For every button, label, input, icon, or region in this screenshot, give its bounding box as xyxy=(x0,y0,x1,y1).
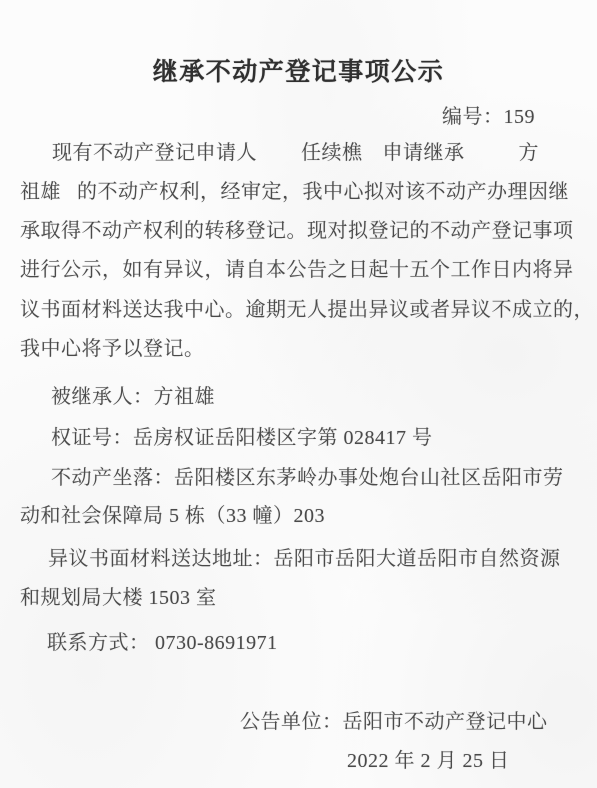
paragraph-line-3: 承取得不动产权利的转移登记。现对拟登记的不动产登记事项 xyxy=(20,214,574,243)
paragraph-line-1: 现有不动产登记申请人任续樵申请继承方 xyxy=(52,136,539,165)
field-decedent: 被继承人：方祖雄 xyxy=(51,380,215,409)
field-property-location-line2: 动和社会保障局 5 栋（33 幢）203 xyxy=(20,499,325,528)
paragraph-line-4: 进行公示，如有异议，请自本公告之日起十五个工作日内将异 xyxy=(20,253,574,282)
field-certificate-number: 权证号：岳房权证岳阳楼区字第 028417 号 xyxy=(51,421,433,450)
doc-number: 编号：159 xyxy=(442,100,535,129)
field-objection-address-line2: 和规划局大楼 1503 室 xyxy=(20,581,217,610)
footer-date: 2022 年 2 月 25 日 xyxy=(347,744,510,773)
paragraph-line-1-prefix: 现有不动产登记申请人 xyxy=(52,142,257,164)
decedent-name-start: 方 xyxy=(519,142,540,164)
field-contact: 联系方式： 0730-8691971 xyxy=(47,626,278,655)
paragraph-line-1-middle: 申请继承 xyxy=(383,142,465,164)
footer-issuer: 公告单位：岳阳市不动产登记中心 xyxy=(240,705,548,734)
page-title: 继承不动产登记事项公示 xyxy=(0,52,597,88)
field-objection-address-line1: 异议书面材料送达地址：岳阳市岳阳大道岳阳市自然资源 xyxy=(48,542,561,571)
paragraph-line-2: 祖雄的不动产权利，经审定，我中心拟对该不动产办理因继 xyxy=(20,175,569,204)
paragraph-line-2-rest: 的不动产权利，经审定，我中心拟对该不动产办理因继 xyxy=(77,181,569,203)
applicant-name: 任续樵 xyxy=(301,142,363,164)
decedent-name-end: 祖雄 xyxy=(20,181,61,203)
paragraph-line-5: 议书面材料送达我中心。逾期无人提出异议或者异议不成立的， xyxy=(20,293,594,322)
paragraph-line-6: 我中心将予以登记。 xyxy=(20,332,205,361)
field-property-location-line1: 不动产坐落：岳阳楼区东茅岭办事处炮台山社区岳阳市劳 xyxy=(51,461,564,490)
scanned-notice-page: 继承不动产登记事项公示 编号：159 现有不动产登记申请人任续樵申请继承方 祖雄… xyxy=(0,0,597,788)
